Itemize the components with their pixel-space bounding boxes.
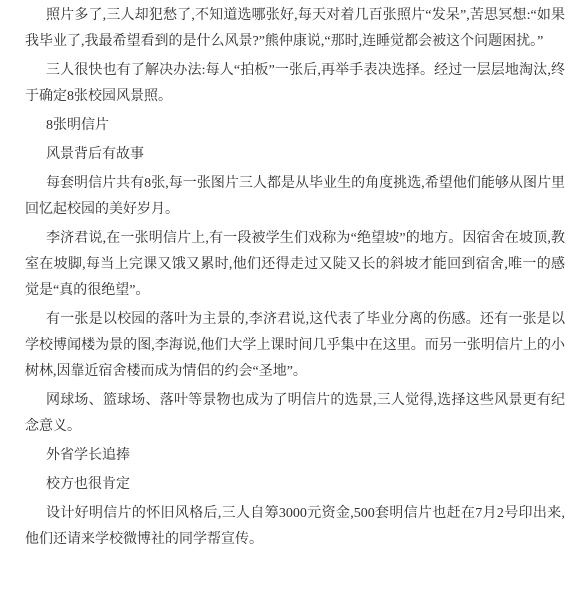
paragraph-printing-and-promotion: 设计好明信片的怀旧风格后,三人自筹3000元资金,500套明信片也赶在7月2号印… — [25, 501, 565, 553]
subheading-story-behind-scenery: 风景背后有故事 — [25, 142, 565, 168]
article-body: 照片多了,三人却犯愁了,不知道选哪张好,每天对着几百张照片“发呆”,苦思冥想:“… — [0, 0, 573, 553]
paragraph-postcard-set-intro: 每套明信片共有8张,每一张图片三人都是从毕业生的角度挑选,希望他们能够从图片里回… — [25, 171, 565, 223]
paragraph-courts-and-scenery: 网球场、篮球场、落叶等景物也成为了明信片的选景,三人觉得,选择这些风景更有纪念意… — [25, 388, 565, 440]
paragraph-fallen-leaves-and-buildings: 有一张是以校园的落叶为主景的,李济君说,这代表了毕业分离的伤感。还有一张是以学校… — [25, 307, 565, 385]
subheading-school-approval: 校方也很肯定 — [25, 472, 565, 498]
paragraph-voting-solution: 三人很快也有了解决办法:每人“拍板”一张后,再举手表决选择。经过一层层地淘汰,终… — [25, 58, 565, 110]
paragraph-photo-selection-worry: 照片多了,三人却犯愁了,不知道选哪张好,每天对着几百张照片“发呆”,苦思冥想:“… — [25, 3, 565, 55]
subheading-upperclassmen-praise: 外省学长追捧 — [25, 443, 565, 469]
paragraph-despair-slope: 李济君说,在一张明信片上,有一段被学生们戏称为“绝望坡”的地方。因宿舍在坡顶,教… — [25, 226, 565, 304]
subheading-8-postcards: 8张明信片 — [25, 113, 565, 139]
